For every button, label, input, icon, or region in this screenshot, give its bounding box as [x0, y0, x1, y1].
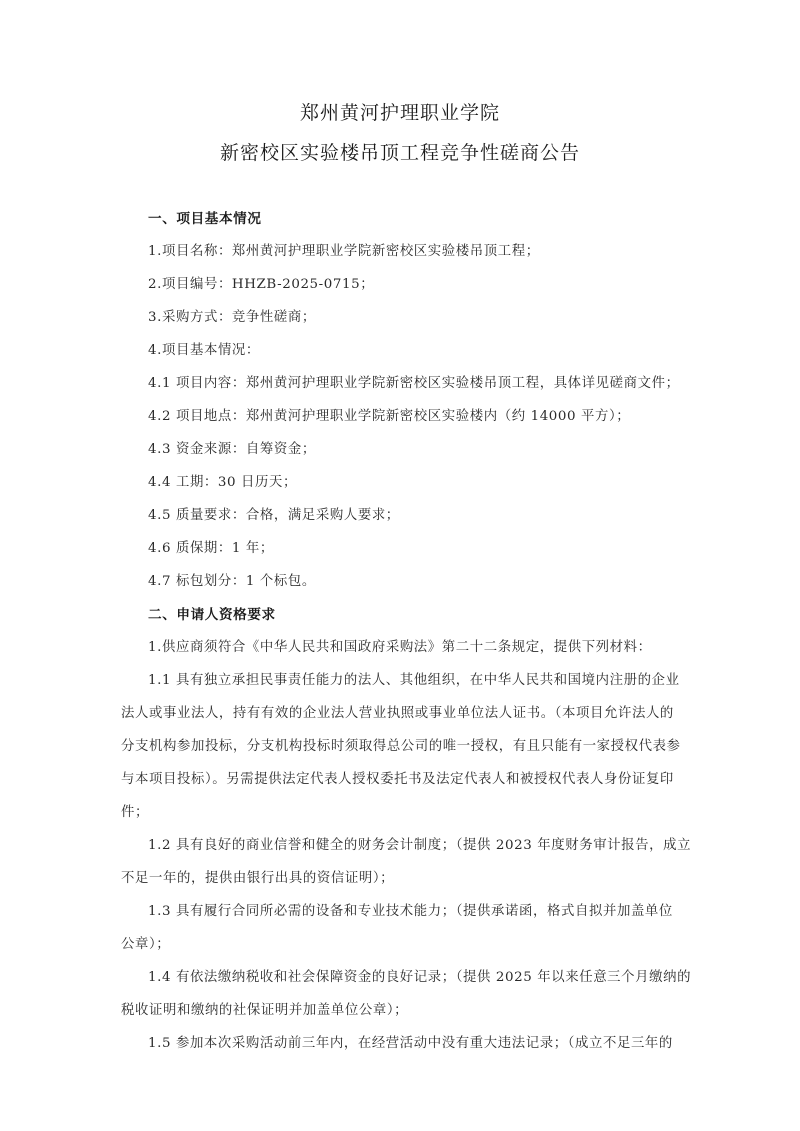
- lot-division: 4.7 标包划分：1 个标包。: [148, 570, 316, 589]
- warranty-period: 4.6 质保期：1 年；: [148, 537, 274, 556]
- qualification-line: 1.3 具有履行合同所必需的设备和专业技术能力；（提供承诺函，格式自拟并加盖单位: [148, 900, 673, 919]
- quality-requirement: 4.5 质量要求：合格，满足采购人要求；: [148, 504, 400, 523]
- qualification-line: 不足一年的，提供由银行出具的资信证明）；: [121, 867, 394, 886]
- section-heading-qualification: 二、申请人资格要求: [148, 603, 276, 623]
- project-basic-info: 4.项目基本情况：: [148, 339, 260, 358]
- funding-source: 4.3 资金来源：自筹资金；: [148, 438, 316, 457]
- procurement-method: 3.采购方式：竞争性磋商；: [148, 306, 316, 325]
- qualification-line: 1.5 参加本次采购活动前三年内，在经营活动中没有重大违法记录；（成立不足三年的: [148, 1032, 673, 1051]
- document-title-notice: 新密校区实验楼吊顶工程竞争性磋商公告: [0, 138, 800, 165]
- qualification-line: 1.2 具有良好的商业信誉和健全的财务会计制度；（提供 2023 年度财务审计报…: [148, 834, 691, 853]
- section-heading-project-info: 一、项目基本情况: [148, 207, 262, 227]
- project-number: 2.项目编号：HHZB-2025-0715；: [148, 273, 374, 292]
- document-title-institution: 郑州黄河护理职业学院: [0, 98, 800, 125]
- project-location: 4.2 项目地点：郑州黄河护理职业学院新密校区实验楼内（约 14000 平方）；: [148, 405, 630, 424]
- qualification-line: 与本项目投标）。另需提供法定代表人授权委托书及法定代表人和被授权代表人身份证复印: [121, 768, 674, 787]
- project-name: 1.项目名称：郑州黄河护理职业学院新密校区实验楼吊顶工程；: [148, 240, 540, 259]
- qualification-line: 公章）；: [121, 933, 170, 952]
- qualification-line: 分支机构参加投标，分支机构投标时须取得总公司的唯一授权，有且只能有一家授权代表参: [121, 735, 681, 754]
- qualification-line: 1.1 具有独立承担民事责任能力的法人、其他组织，在中华人民共和国境内注册的企业: [148, 669, 680, 688]
- qualification-line: 法人或事业法人，持有有效的企业法人营业执照或事业单位法人证书。（本项目允许法人的: [121, 702, 674, 721]
- qualification-line: 1.4 有依法缴纳税收和社会保障资金的良好记录；（提供 2025 年以来任意三个…: [148, 966, 691, 985]
- project-content: 4.1 项目内容：郑州黄河护理职业学院新密校区实验楼吊顶工程，具体详见磋商文件；: [148, 372, 680, 391]
- qualification-line: 1.供应商须符合《中华人民共和国政府采购法》第二十二条规定，提供下列材料：: [148, 636, 652, 655]
- qualification-line: 件；: [121, 801, 149, 820]
- qualification-line: 税收证明和缴纳的社保证明并加盖单位公章）；: [121, 999, 408, 1018]
- construction-period: 4.4 工期：30 日历天；: [148, 471, 297, 490]
